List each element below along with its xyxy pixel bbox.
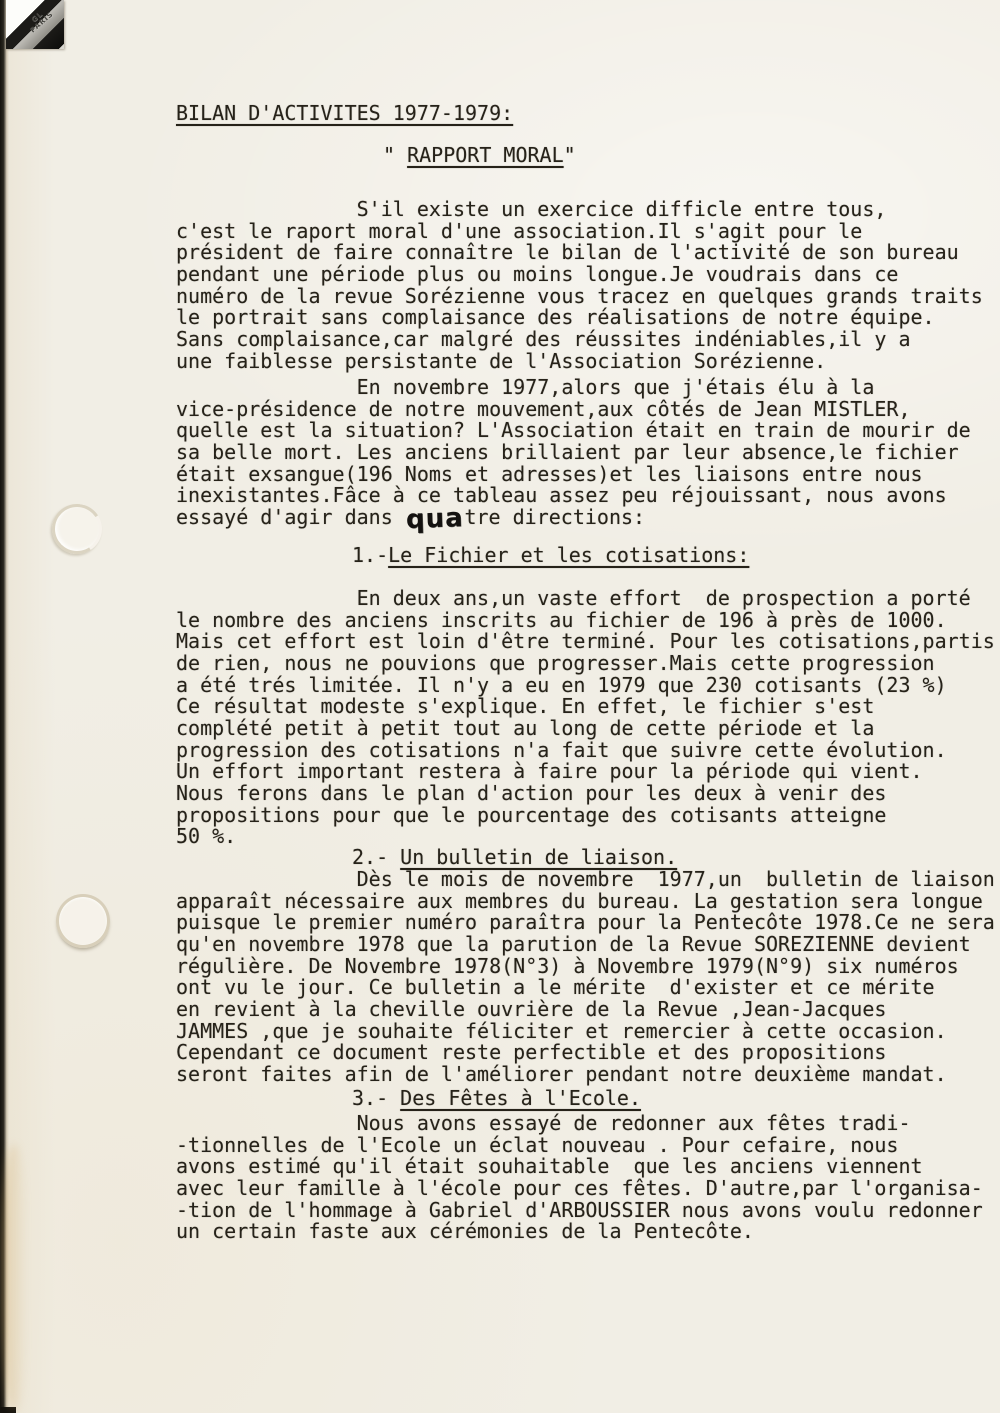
subtitle-open-quote: ": [383, 143, 407, 167]
corner-stamp-text: GL PARIS: [22, 3, 58, 37]
subtitle-text: RAPPORT MORAL: [407, 143, 564, 167]
photo-corner-mount: GL PARIS: [6, 0, 64, 49]
section-2-heading: 2.- Un bulletin de liaison.: [352, 847, 677, 869]
paper-stain: [1, 1145, 27, 1410]
section-1-heading: 1.-Le Fichier et les cotisations:: [352, 545, 749, 567]
hole-punch-top: [47, 499, 106, 558]
intro-paragraph-1: S'il existe un exercice difficle entre t…: [176, 199, 983, 372]
handwritten-correction: qua: [406, 518, 464, 520]
section-3-heading: 3.- Des Fêtes à l'Ecole.: [352, 1088, 641, 1110]
section-1-number: 1.-: [352, 543, 388, 567]
section-3-body: Nous avons essayé de redonner aux fêtes …: [176, 1113, 983, 1243]
scanned-document-page: GL PARIS BILAN D'ACTIVITES 1977-1979: " …: [0, 0, 1000, 1413]
section-1-title: Le Fichier et les cotisations:: [388, 543, 749, 567]
section-1-body: En deux ans,un vaste effort de prospecti…: [176, 588, 995, 848]
section-2-number: 2.-: [352, 845, 400, 869]
intro-paragraph-2: En novembre 1977,alors que j'étais élu à…: [176, 377, 971, 529]
hole-punch-bottom: [56, 894, 110, 948]
document-title-text: BILAN D'ACTIVITES 1977-1979:: [176, 101, 513, 125]
section-2-title: Un bulletin de liaison.: [400, 845, 677, 869]
document-title: BILAN D'ACTIVITES 1977-1979:: [176, 103, 513, 125]
section-2-body: Dès le mois de novembre 1977,un bulletin…: [176, 869, 995, 1086]
subtitle-close-quote: ": [564, 143, 576, 167]
document-subtitle: " RAPPORT MORAL": [383, 145, 576, 167]
section-3-title: Des Fêtes à l'Ecole.: [400, 1086, 641, 1110]
intro-paragraph-2-end: tre directions:: [464, 505, 645, 529]
section-3-number: 3.-: [352, 1086, 400, 1110]
